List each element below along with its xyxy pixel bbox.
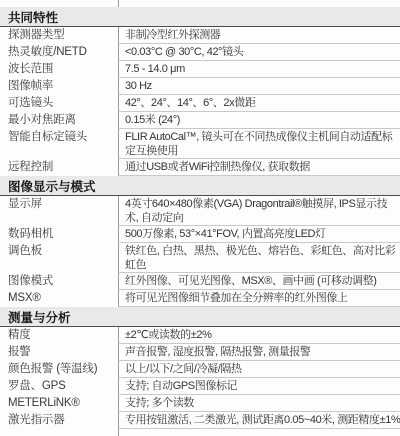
- spec-row-thermal-sensitivity: 热灵敏度/NETD <0.03°C @ 30°C, 42°镜头: [0, 44, 400, 61]
- spec-row-value: 红外图像、可见光图像、MSX®、画中画 (可移动调整): [118, 273, 400, 290]
- spec-row-label: 数码相机: [0, 226, 118, 243]
- spec-row-digital-camera: 数码相机 500万像素, 53°×41°FOV, 内置高亮度LED灯: [0, 226, 400, 243]
- spec-row-value: FLIR AutoCal™, 镜头可在不同热成像仪主机间自动适配标定互换使用: [118, 129, 400, 159]
- spec-row-value: 铁红色, 白热、黑热、极光色、熔岩色、彩虹色、高对比彩虹色: [118, 243, 400, 273]
- spec-row-label: MSX®: [0, 290, 118, 307]
- spec-row-value: 500万像素, 53°×41°FOV, 内置高亮度LED灯: [118, 226, 400, 243]
- spec-row-label: 探测器类型: [0, 27, 118, 44]
- spec-row-value: 声音报警, 湿度报警, 隔热报警, 测量报警: [118, 344, 400, 361]
- spec-row-laser-pointer: 激光指示器 专用按钮激活, 二类激光, 测试距离0.05~40米, 测距精度±1…: [0, 412, 400, 429]
- spec-row-value: 支持; 多个读数: [118, 395, 400, 412]
- spec-row-label: 可选镜头: [0, 95, 118, 112]
- spec-row-label: 精度: [0, 327, 118, 344]
- spec-row-available-lenses: 可选镜头 42°、24°、14°、6°、2x微距: [0, 95, 400, 112]
- spec-row-value: 42°、24°、14°、6°、2x微距: [118, 95, 400, 112]
- spec-row-value: 0.15米 (24°): [118, 112, 400, 129]
- section-header-measurement-analysis: 测量与分析: [0, 307, 400, 327]
- section-title: 测量与分析: [8, 308, 71, 326]
- spec-row-value: 将可见光图像细节叠加在全分辨率的红外图像上: [118, 290, 400, 307]
- spec-row-label: 显示屏: [0, 196, 118, 226]
- spec-row-label: 智能自标定镜头: [0, 129, 118, 159]
- spec-row-value: 通过USB或者WiFi控制热像仪, 获取数据: [118, 159, 400, 176]
- spec-row-value: 7.5 - 14.0 μm: [118, 61, 400, 78]
- spec-row-autocal-lens: 智能自标定镜头 FLIR AutoCal™, 镜头可在不同热成像仪主机间自动适配…: [0, 129, 400, 159]
- spec-row-color-alarm-isotherm: 颜色报警 (等温线) 以上/以下/之间/冷凝/隔热: [0, 361, 400, 378]
- spec-row-min-focus-distance: 最小对焦距离 0.15米 (24°): [0, 112, 400, 129]
- spec-row-label: METERLiNK®: [0, 395, 118, 412]
- spec-row-label: 最小对焦距离: [0, 112, 118, 129]
- spec-row-label: 罗盘、GPS: [0, 378, 118, 395]
- spec-row-label: 图像帧率: [0, 78, 118, 95]
- spec-row-value: ±2℃或读数的±2%: [118, 327, 400, 344]
- spec-row-label: 远程控制: [0, 159, 118, 176]
- spec-row-label: 调色板: [0, 243, 118, 273]
- spec-row-display: 显示屏 4英寸640×480像素(VGA) Dragontrail®触摸屏, I…: [0, 196, 400, 226]
- spec-row-label: 图像模式: [0, 273, 118, 290]
- section-header-image-display-modes: 图像显示与模式: [0, 176, 400, 196]
- spec-row-palettes: 调色板 铁红色, 白热、黑热、极光色、熔岩色、彩虹色、高对比彩虹色: [0, 243, 400, 273]
- section-header-common-features: 共同特性: [0, 7, 400, 27]
- spec-row-image-modes: 图像模式 红外图像、可见光图像、MSX®、画中画 (可移动调整): [0, 273, 400, 290]
- spec-row-label: 激光指示器: [0, 412, 118, 429]
- spec-row-spectral-range: 波长范围 7.5 - 14.0 μm: [0, 61, 400, 78]
- spec-row-remote-control: 远程控制 通过USB或者WiFi控制热像仪, 获取数据: [0, 159, 400, 176]
- section-title: 图像显示与模式: [8, 177, 96, 195]
- spec-row-label: 热灵敏度/NETD: [0, 44, 118, 61]
- spec-row-frame-rate: 图像帧率 30 Hz: [0, 78, 400, 95]
- spec-row-value: 以上/以下/之间/冷凝/隔热: [118, 361, 400, 378]
- spec-row-label: 报警: [0, 344, 118, 361]
- spec-row-detector-type: 探测器类型 非制冷型红外探测器: [0, 27, 400, 44]
- spec-row-compass-gps: 罗盘、GPS 支持; 自动GPS图像标记: [0, 378, 400, 395]
- spec-row-accuracy: 精度 ±2℃或读数的±2%: [0, 327, 400, 344]
- table-top-edge: [0, 0, 400, 7]
- spec-row-value: 30 Hz: [118, 78, 400, 95]
- spec-row-meterlink: METERLiNK® 支持; 多个读数: [0, 395, 400, 412]
- spec-row-label: 颜色报警 (等温线): [0, 361, 118, 378]
- spec-row-value: 非制冷型红外探测器: [118, 27, 400, 44]
- spec-row-value: <0.03°C @ 30°C, 42°镜头: [118, 44, 400, 61]
- spec-row-value: 支持; 自动GPS图像标记: [118, 378, 400, 395]
- table-bottom-edge: [0, 429, 400, 436]
- spec-row-value: 专用按钮激活, 二类激光, 测试距离0.05~40米, 测距精度±1%: [118, 412, 400, 429]
- spec-row-alarms: 报警 声音报警, 湿度报警, 隔热报警, 测量报警: [0, 344, 400, 361]
- spec-row-label: 波长范围: [0, 61, 118, 78]
- section-title: 共同特性: [8, 8, 58, 26]
- spec-row-msx: MSX® 将可见光图像细节叠加在全分辨率的红外图像上: [0, 290, 400, 307]
- spec-sheet: 共同特性 探测器类型 非制冷型红外探测器 热灵敏度/NETD <0.03°C @…: [0, 0, 400, 436]
- spec-row-value: 4英寸640×480像素(VGA) Dragontrail®触摸屏, IPS显示…: [118, 196, 400, 226]
